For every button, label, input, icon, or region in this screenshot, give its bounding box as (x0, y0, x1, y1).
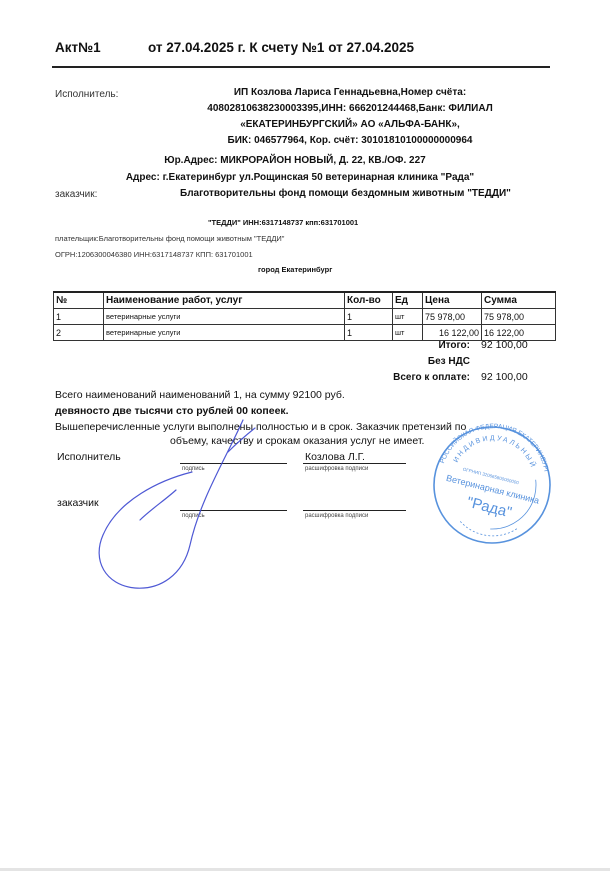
stamp-overlay: РОССИЙСКАЯ ФЕДЕРАЦИЯ ЕКАТЕРИНБУРГ ИНДИВИ… (0, 0, 610, 871)
document-page: Акт№1 от 27.04.2025 г. К счету №1 от 27.… (0, 0, 610, 868)
handwritten-signature-icon (99, 420, 255, 588)
stamp-clinic-name: "Рада" (465, 494, 513, 522)
stamp: РОССИЙСКАЯ ФЕДЕРАЦИЯ ЕКАТЕРИНБУРГ ИНДИВИ… (422, 411, 564, 556)
